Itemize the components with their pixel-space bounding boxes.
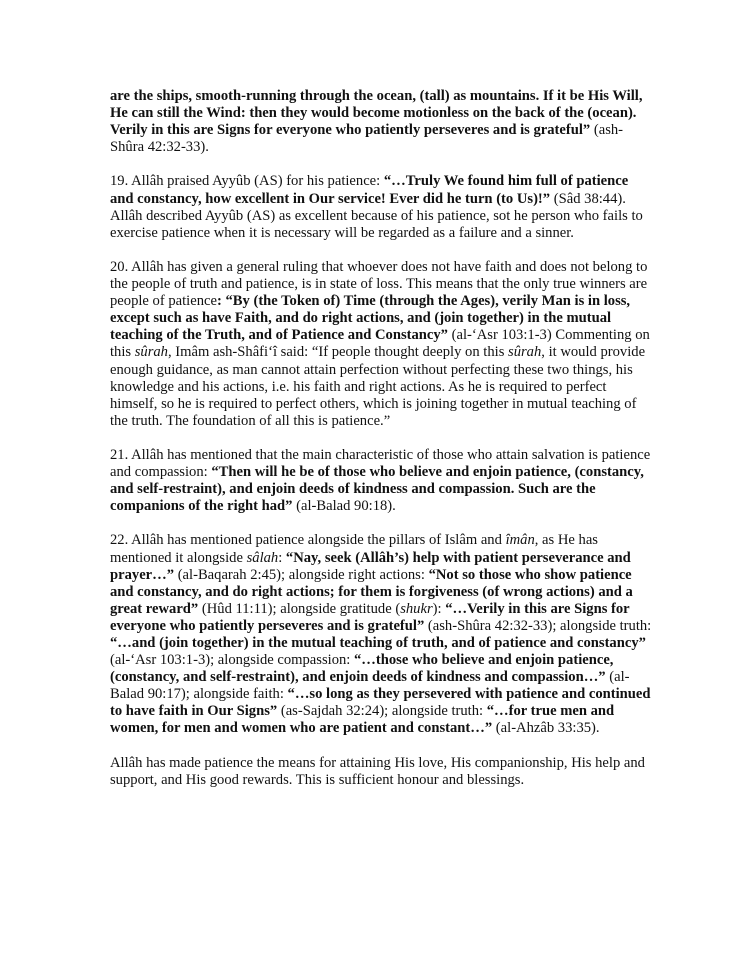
body-text: 19. Allâh praised Ayyûb (AS) for his pat… (110, 173, 384, 189)
body-text: (as-Sajdah 32:24); alongside truth: (277, 703, 487, 719)
italic-term: sûrah (508, 344, 541, 360)
italic-term: îmân (506, 532, 535, 548)
body-text: , Imâm ash-Shâfi‘î said: “If people thou… (168, 344, 508, 360)
body-text: Allâh has made patience the means for at… (110, 755, 645, 788)
body-text: (al-Baqarah 2:45); alongside right actio… (174, 567, 429, 583)
body-text: : (278, 550, 286, 566)
italic-term: sâlah (247, 550, 279, 566)
paragraph-19: 19. Allâh praised Ayyûb (AS) for his pat… (110, 173, 655, 241)
paragraph-closing: Allâh has made patience the means for at… (110, 755, 655, 789)
document-page: are the ships, smooth-running through th… (110, 88, 655, 806)
paragraph-20: 20. Allâh has given a general ruling tha… (110, 259, 655, 430)
paragraph-continuation: are the ships, smooth-running through th… (110, 88, 655, 156)
quote-text: are the ships, smooth-running through th… (110, 88, 642, 138)
body-text: (Hûd 11:11); alongside gratitude ( (198, 601, 400, 617)
body-text: (al-‘Asr 103:1-3); alongside compassion: (110, 652, 354, 668)
body-text: (ash-Shûra 42:32-33); alongside truth: (424, 618, 651, 634)
paragraph-21: 21. Allâh has mentioned that the main ch… (110, 447, 655, 515)
body-text: ): (433, 601, 446, 617)
body-text: 22. Allâh has mentioned patience alongsi… (110, 532, 506, 548)
paragraph-22: 22. Allâh has mentioned patience alongsi… (110, 532, 655, 737)
italic-term: sûrah (135, 344, 168, 360)
quote-text: “…and (join together) in the mutual teac… (110, 635, 646, 651)
body-text: (al-Ahzâb 33:35). (492, 720, 599, 736)
italic-term: shukr (400, 601, 432, 617)
body-text: (al-Balad 90:18). (292, 498, 395, 514)
